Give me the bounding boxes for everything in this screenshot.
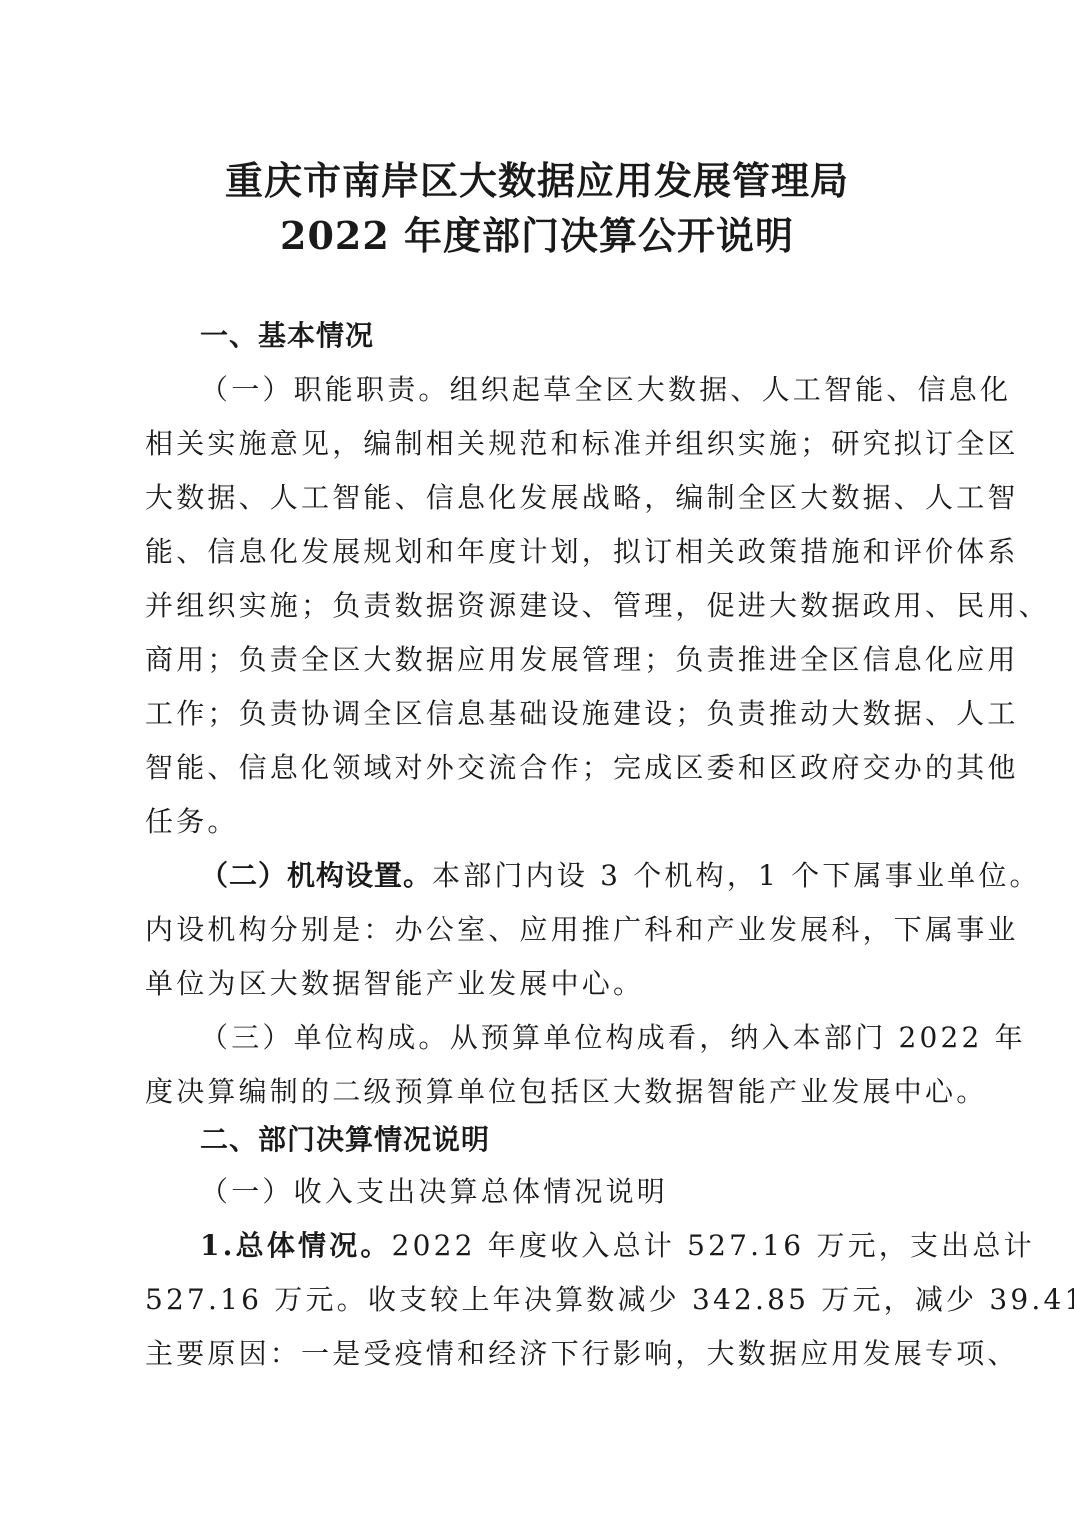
paragraph-line: 大数据、人工智能、信息化发展战略，编制全区大数据、人工智	[145, 478, 945, 518]
paragraph-line: 工作；负责协调全区信息基础设施建设；负责推动大数据、人工	[145, 694, 945, 734]
paragraph-line: 智能、信息化领域对外交流合作；完成区委和区政府交办的其他	[145, 748, 945, 788]
sub-heading-income-expense: （一）收入支出决算总体情况说明	[200, 1172, 1000, 1212]
sub-heading-duties: （一）职能职责。	[200, 373, 450, 406]
section2-heading: 二、部门决算情况说明	[200, 1120, 1000, 1160]
sub-heading-units: （三）单位构成。	[200, 1021, 450, 1054]
paragraph-line: （一）职能职责。组织起草全区大数据、人工智能、信息化	[200, 370, 1000, 410]
document-title-line1: 重庆市南岸区大数据应用发展管理局	[0, 150, 1074, 205]
paragraph-line: 商用；负责全区大数据应用发展管理；负责推进全区信息化应用	[145, 640, 945, 680]
item-heading-overall: 1.总体情况。	[200, 1229, 392, 1262]
sub-heading-structure: （二）机构设置。	[200, 859, 432, 892]
paragraph-line: （三）单位构成。从预算单位构成看，纳入本部门 2022 年	[200, 1018, 1000, 1058]
paragraph-line: （二）机构设置。本部门内设 3 个机构，1 个下属事业单位。	[200, 856, 1000, 896]
document-title-line2: 2022 年度部门决算公开说明	[0, 205, 1074, 260]
paragraph-line: 内设机构分别是：办公室、应用推广科和产业发展科，下属事业	[145, 910, 945, 950]
paragraph-line: 相关实施意见，编制相关规范和标准并组织实施；研究拟订全区	[145, 424, 945, 464]
paragraph-line: 单位为区大数据智能产业发展中心。	[145, 964, 945, 1004]
paragraph-line: 主要原因：一是受疫情和经济下行影响，大数据应用发展专项、	[145, 1334, 945, 1374]
paragraph-line: 并组织实施；负责数据资源建设、管理，促进大数据政用、民用、	[145, 586, 945, 626]
paragraph-line: 能、信息化发展规划和年度计划，拟订相关政策措施和评价体系	[145, 532, 945, 572]
paragraph-line: 度决算编制的二级预算单位包括区大数据智能产业发展中心。	[145, 1072, 945, 1112]
paragraph-line: 527.16 万元。收支较上年决算数减少 342.85 万元，减少 39.41%…	[145, 1280, 945, 1320]
paragraph-line: 1.总体情况。2022 年度收入总计 527.16 万元，支出总计	[200, 1226, 1000, 1266]
section1-heading: 一、基本情况	[200, 316, 1000, 356]
paragraph-line: 任务。	[145, 802, 945, 842]
